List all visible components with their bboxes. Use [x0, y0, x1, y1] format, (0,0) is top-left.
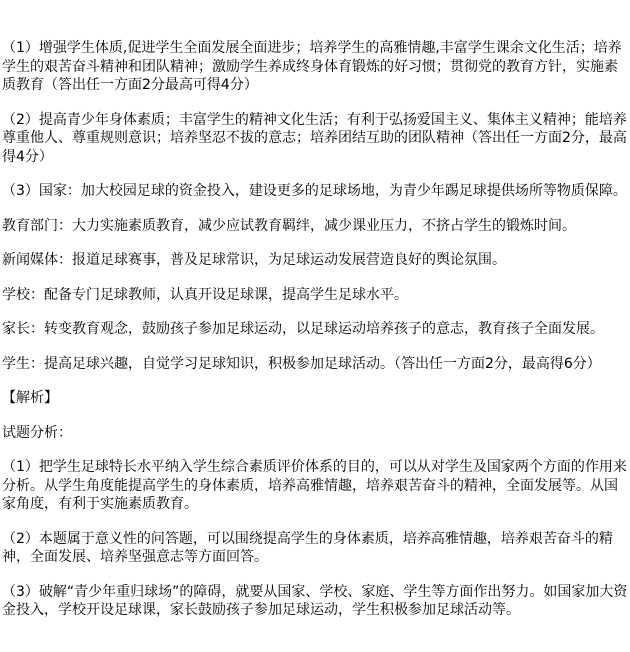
answer-part3-news-media-paragraph: 新闻媒体：报道足球赛事，普及足球常识，为足球运动发展营造良好的舆论氛围。 [2, 251, 628, 270]
answer-part2-paragraph: （2）提高青少年身体素质；丰富学生的精神文化生活；有利于弘扬爱国主义、集体主义精… [2, 111, 628, 167]
analysis-point1-paragraph: （1）把学生足球特长水平纳入学生综合素质评价体系的目的，可以从对学生及国家两个方… [2, 458, 628, 514]
analysis-header: 【解析】 [2, 389, 628, 408]
answer-part3-students-paragraph: 学生：提高足球兴趣，自觉学习足球知识，积极参加足球活动。（答出任一方面2分，最高… [2, 355, 628, 374]
analysis-point3-paragraph: （3）破解“青少年重归球场”的障碍，就要从国家、学校、家庭、学生等方面作出努力。… [2, 583, 628, 620]
analysis-intro: 试题分析： [2, 424, 628, 443]
answer-part3-parents-paragraph: 家长：转变教育观念，鼓励孩子参加足球运动，以足球运动培养孩子的意志，教育孩子全面… [2, 320, 628, 339]
answer-part3-school-paragraph: 学校：配备专门足球教师，认真开设足球课，提高学生足球水平。 [2, 286, 628, 305]
document-page: （1）增强学生体质,促进学生全面发展全面进步；培养学生的高雅情趣,丰富学生课余文… [0, 0, 630, 652]
answer-part3-country-paragraph: （3）国家：加大校园足球的资金投入，建设更多的足球场地，为青少年踢足球提供场所等… [2, 182, 628, 201]
analysis-point2-paragraph: （2）本题属于意义性的问答题，可以围绕提高学生的身体素质，培养高雅情趣，培养艰苦… [2, 530, 628, 567]
answer-part1-paragraph: （1）增强学生体质,促进学生全面发展全面进步；培养学生的高雅情趣,丰富学生课余文… [2, 39, 628, 95]
answer-part3-education-department-paragraph: 教育部门：大力实施素质教育，减少应试教育羁绊，减少课业压力，不挤占学生的锻炼时间… [2, 217, 628, 236]
